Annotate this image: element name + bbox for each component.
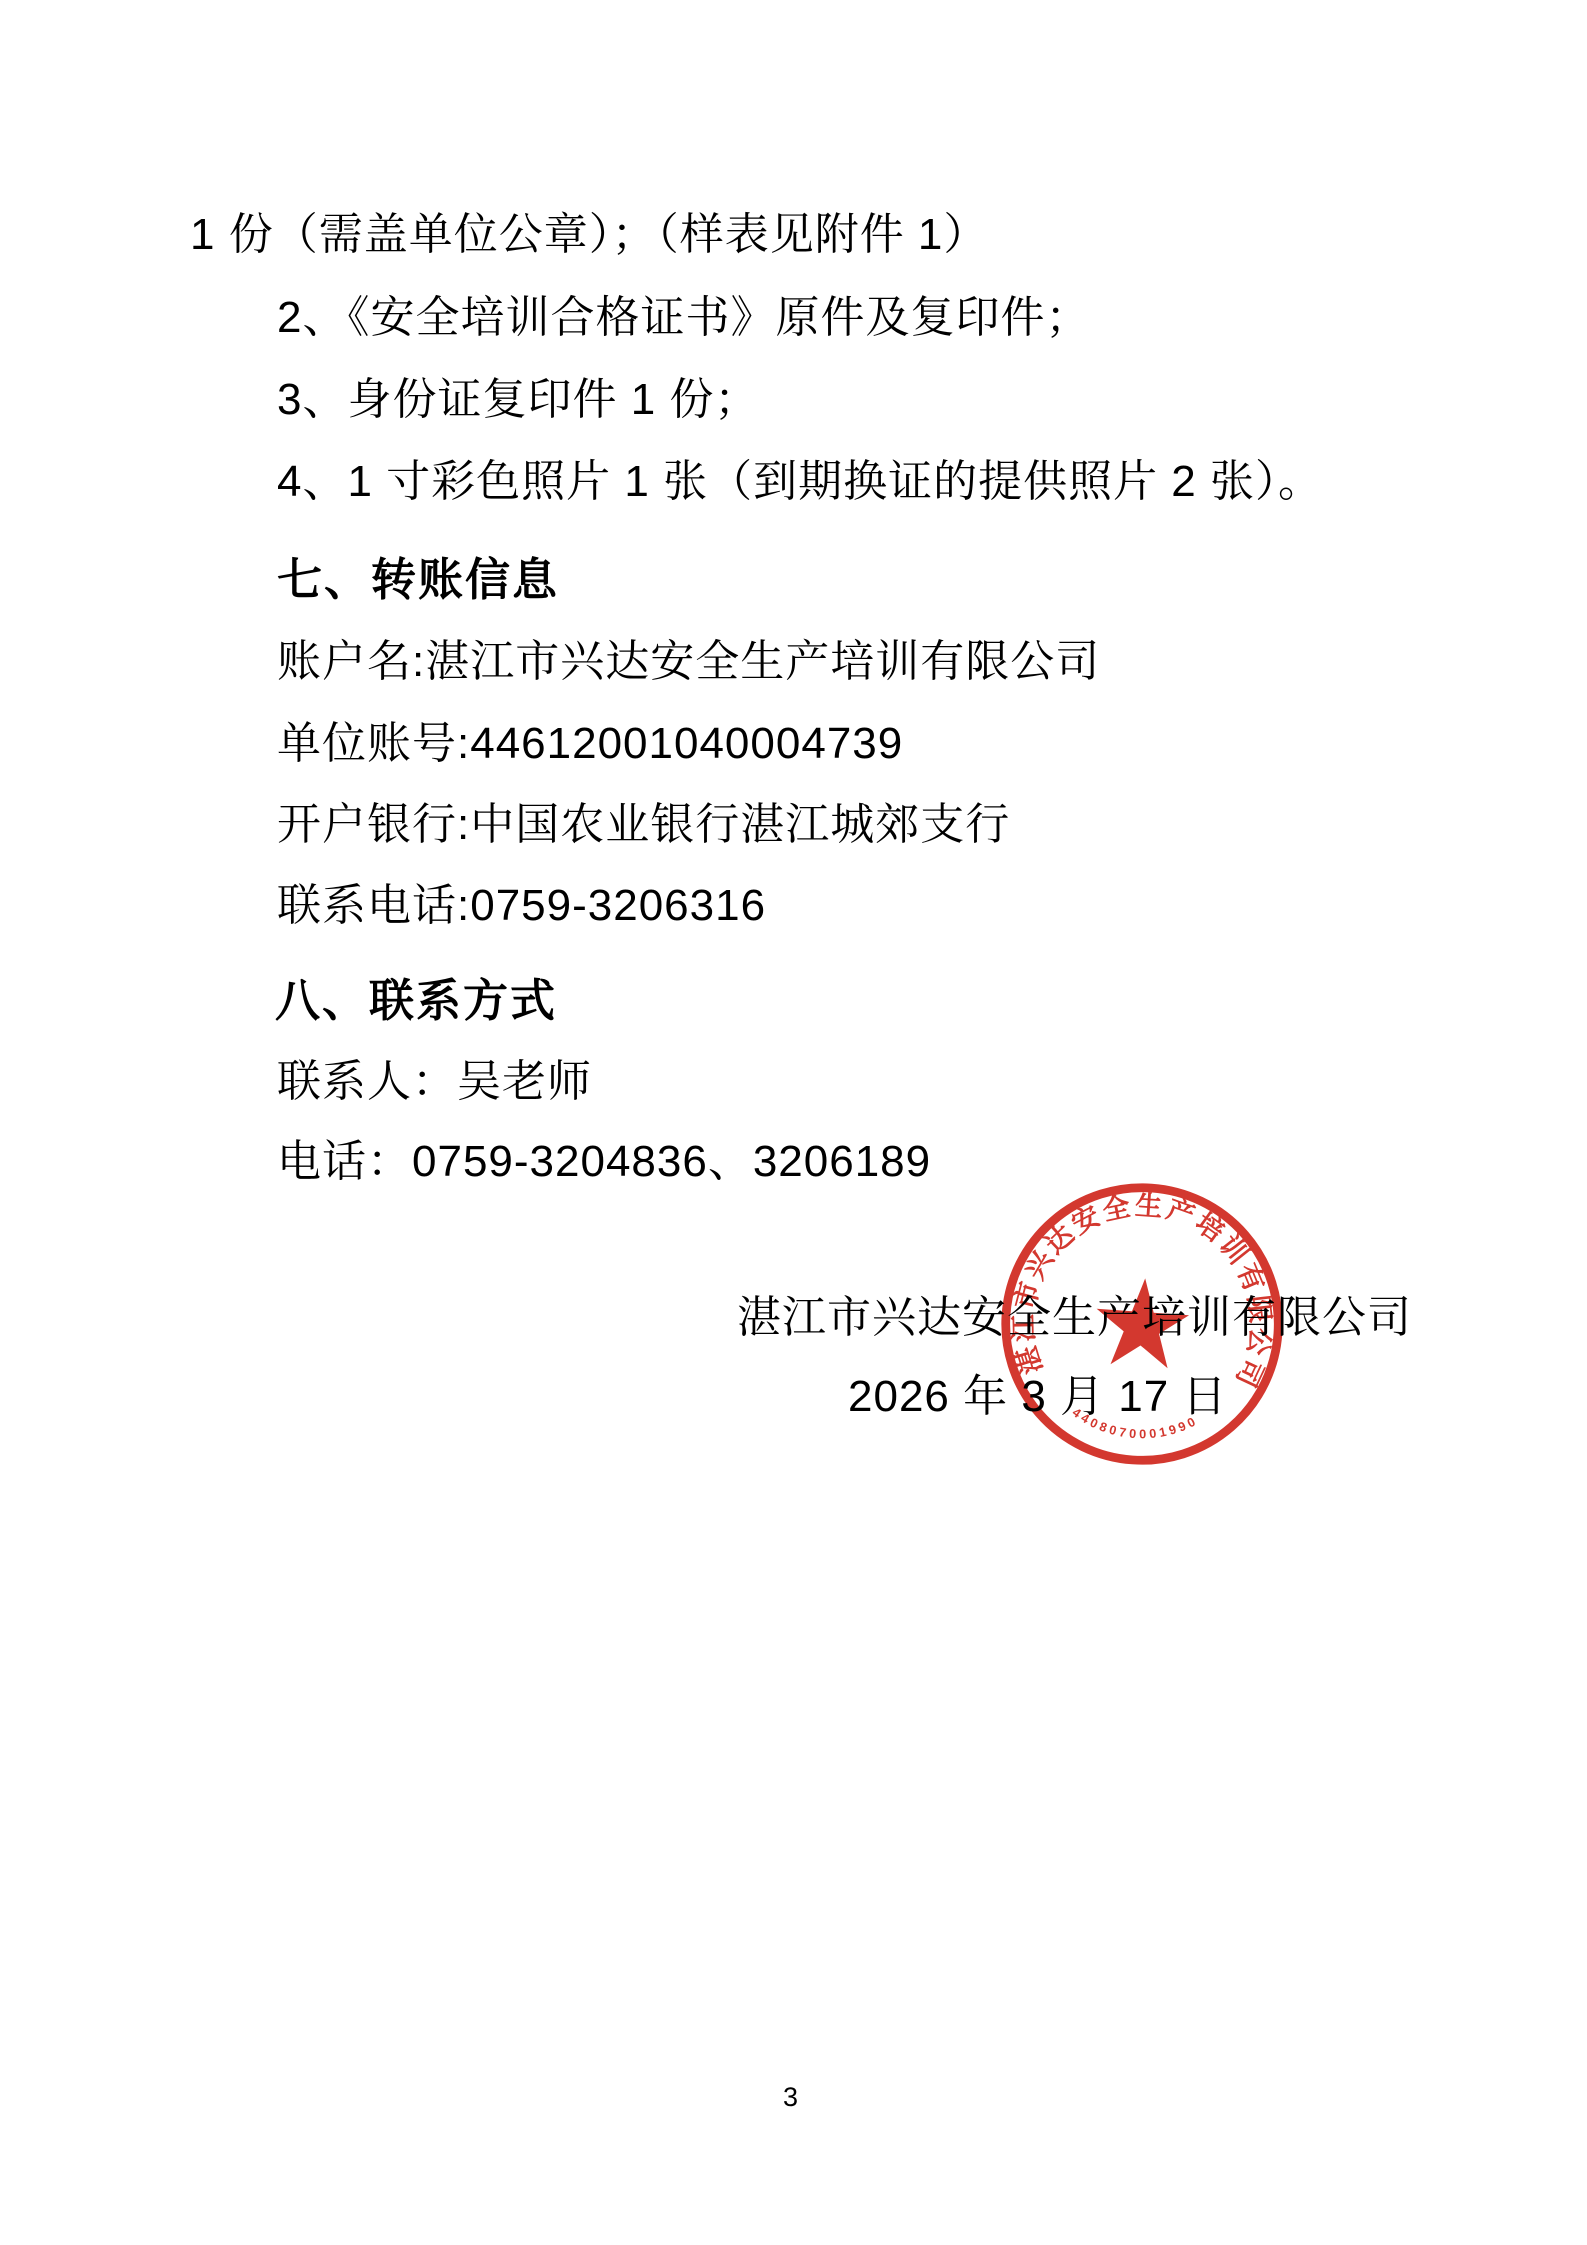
signature-date: 2026 年 3 月 17 日 bbox=[848, 1372, 1227, 1423]
section-heading-contact: 八、联系方式 bbox=[275, 975, 557, 1027]
bank-line: 开户银行:中国农业银行湛江城郊支行 bbox=[277, 800, 1010, 851]
account-number-line: 单位账号:44612001040004739 bbox=[277, 719, 903, 770]
contact-phone-line: 联系电话:0759-3206316 bbox=[277, 881, 766, 932]
contact-person-line: 联系人：吴老师 bbox=[277, 1057, 592, 1108]
list-item-3: 3、身份证复印件 1 份； bbox=[277, 375, 759, 426]
list-item-2: 2、《安全培训合格证书》原件及复印件； bbox=[277, 293, 1090, 344]
document-page: 1 份（需盖单位公章）；（样表见附件 1） 2、《安全培训合格证书》原件及复印件… bbox=[0, 0, 1587, 2245]
account-name-line: 账户名:湛江市兴达安全生产培训有限公司 bbox=[277, 637, 1100, 688]
page-number: 3 bbox=[783, 2082, 798, 2113]
continuation-line: 1 份（需盖单位公章）；（样表见附件 1） bbox=[190, 210, 988, 261]
signature-company: 湛江市兴达安全生产培训有限公司 bbox=[737, 1293, 1412, 1344]
phones-line: 电话：0759-3204836、3206189 bbox=[277, 1137, 931, 1188]
section-heading-transfer-info: 七、转账信息 bbox=[277, 554, 559, 606]
list-item-4: 4、1 寸彩色照片 1 张（到期换证的提供照片 2 张）。 bbox=[277, 457, 1323, 508]
